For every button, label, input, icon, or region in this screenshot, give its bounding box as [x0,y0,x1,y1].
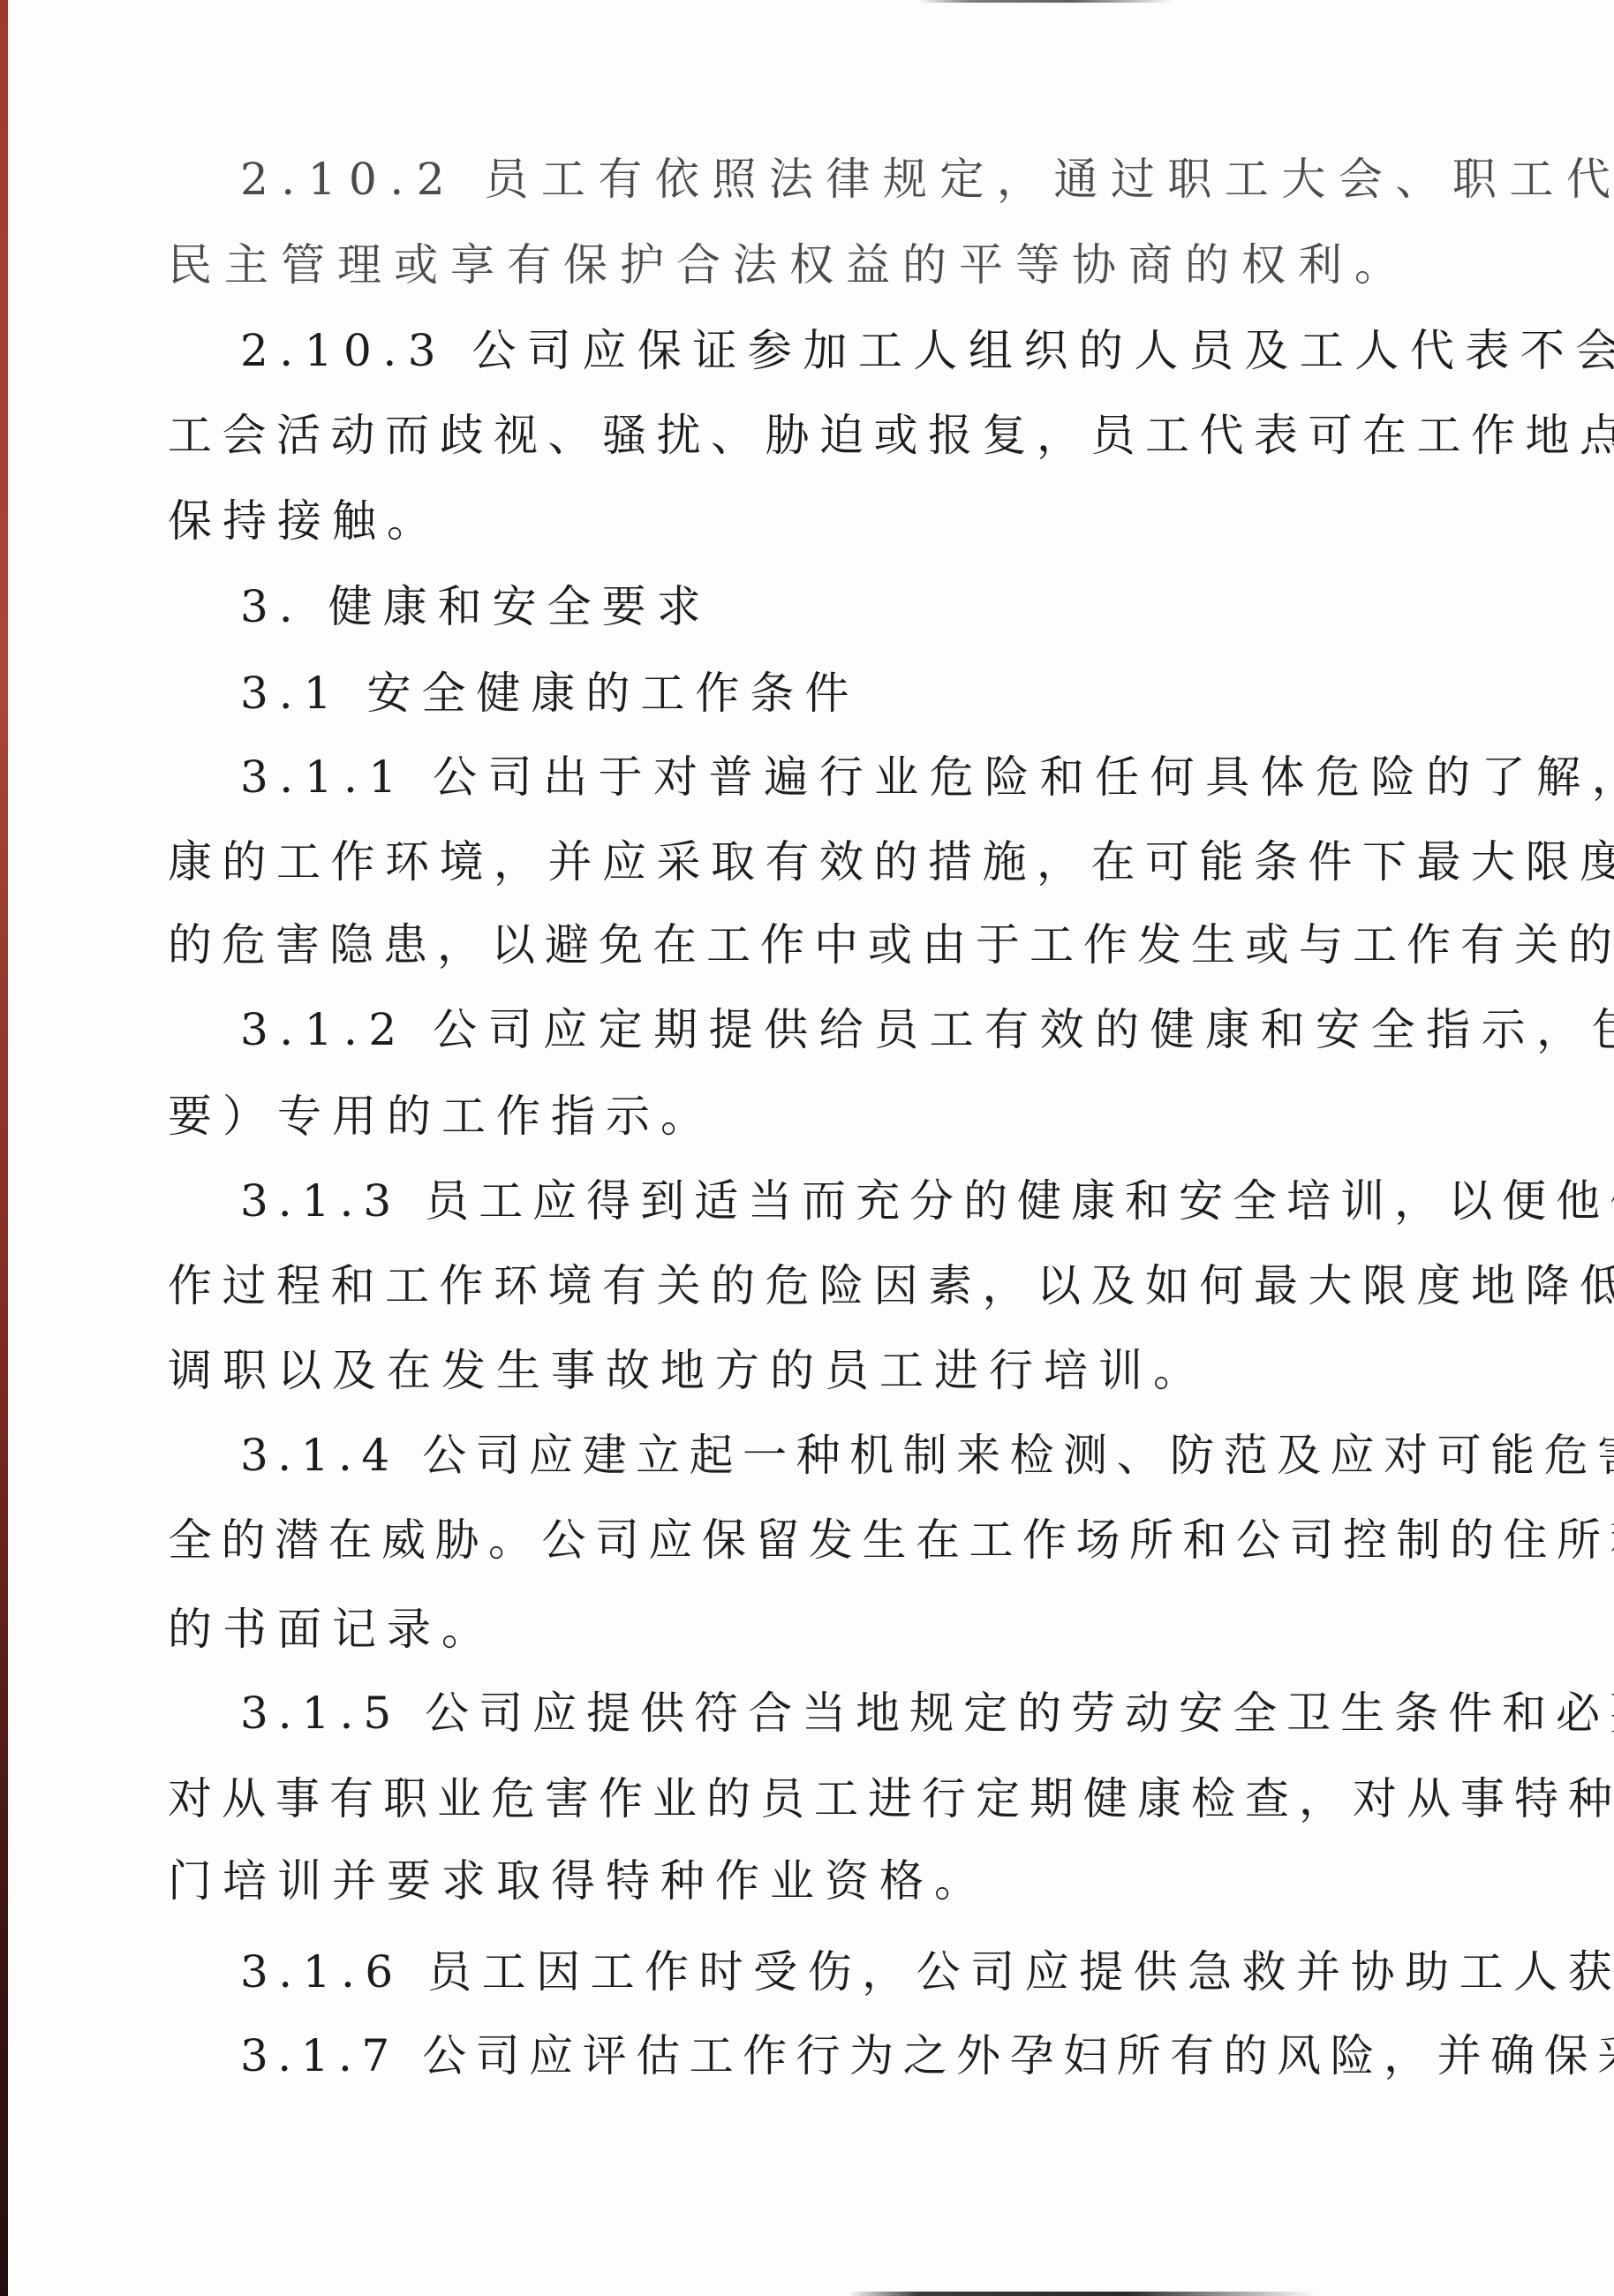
paragraph-3-1-1-line-2: 康的工作环境，并应采取有效的措施，在可能条件下最大限度地降低工作环境中 [168,834,1614,890]
page-edge-shadow [0,0,8,2296]
paragraph-3-1-5-line-2: 对从事有职业危害作业的员工进行定期健康检查，对从事特种作业的员工进行专 [168,1771,1614,1827]
paragraph-3-1-3-line-2: 作过程和工作环境有关的危险因素，以及如何最大限度地降低危险。应对新进、 [168,1258,1614,1314]
paragraph-3-1-1-line-1: 3.1.1 公司出于对普遍行业危险和任何具体危险的了解，应提供一个安全、健 [240,749,1614,805]
paragraph-2-10-3-line-1: 2.10.3 公司应保证参加工人组织的人员及工人代表不会因为工会成员或参与 [240,322,1614,379]
paragraph-3-1-3-line-3: 调职以及在发生事故地方的员工进行培训。 [168,1342,1208,1399]
paragraph-2-10-3-line-3: 保持接触。 [168,493,441,549]
paragraph-2-10-2-line-2: 民主管理或享有保护合法权益的平等协商的权利。 [168,237,1411,293]
section-heading-3: 3. 健康和安全要求 [240,578,712,635]
paragraph-3-1-1-line-3: 的危害隐患，以避免在工作中或由于工作发生或与工作有关的事故对健康的危害。 [168,917,1614,973]
paragraph-3-1-4-line-3: 的书面记录。 [168,1601,496,1658]
paragraph-3-1-7-line-1: 3.1.7 公司应评估工作行为之外孕妇所有的风险，并确保采取合理的措施消除 [240,2028,1614,2084]
scanned-page: 2.10.2 员工有依照法律规定，通过职工大会、职工代表或者其它形式，参与 民主… [0,0,1614,2296]
paragraph-3-1-3-line-1: 3.1.3 员工应得到适当而充分的健康和安全培训，以便他们能充分认识到与工 [240,1173,1614,1229]
paragraph-2-10-2-line-1: 2.10.2 员工有依照法律规定，通过职工大会、职工代表或者其它形式，参与 [240,151,1614,208]
scan-artifact-top [918,0,1174,3]
section-heading-3-1: 3.1 安全健康的工作条件 [240,665,859,721]
scan-artifact-bottom [848,2292,1316,2296]
paragraph-3-1-6-line-1: 3.1.6 员工因工作时受伤，公司应提供急救并协助工人获得后续的治疗。 [240,1944,1614,2000]
paragraph-3-1-4-line-1: 3.1.4 公司应建立起一种机制来检测、防范及应对可能危害任何员工健康与安 [240,1427,1614,1484]
paragraph-3-1-2-line-2: 要）专用的工作指示。 [168,1088,715,1144]
paragraph-3-1-2-line-1: 3.1.2 公司应定期提供给员工有效的健康和安全指示，包括现场指示，（如必 [240,1001,1614,1058]
paragraph-3-1-5-line-3: 门培训并要求取得特种作业资格。 [168,1853,989,1909]
paragraph-3-1-4-line-2: 全的潜在威胁。公司应保留发生在工作场所和公司控制的住所和财产内所有事故 [168,1512,1614,1568]
paragraph-2-10-3-line-2: 工会活动而歧视、骚扰、胁迫或报复，员工代表可在工作地点与其所代表的员工 [168,407,1614,464]
paragraph-3-1-5-line-1: 3.1.5 公司应提供符合当地规定的劳动安全卫生条件和必要的劳动防护用品， [240,1685,1614,1741]
